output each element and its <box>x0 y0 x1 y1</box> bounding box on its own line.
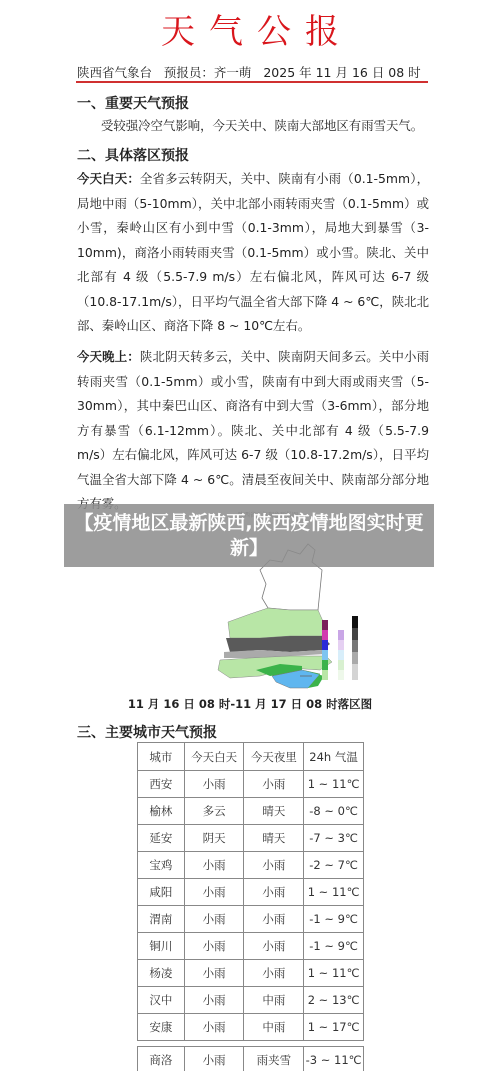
cell-day: 小雨 <box>184 1047 244 1071</box>
cell-day: 小雨 <box>184 906 244 933</box>
cell-night: 小雨 <box>244 771 304 798</box>
header-night: 今天夜里 <box>244 743 304 771</box>
cell-city: 商洛 <box>138 1047 185 1071</box>
issuer-divider <box>76 81 428 83</box>
section-heading-cities: 三、主要城市天气预报 <box>77 722 217 742</box>
cell-night: 雨夹雪 <box>244 1047 304 1071</box>
cell-temp: -7 ~ 3℃ <box>304 825 364 852</box>
night-forecast: 今天晚上：陕北阴天转多云，关中、陕南阴天间多云。关中小雨转雨夹雪（0.1-5mm… <box>77 345 429 517</box>
cell-day: 多云 <box>184 798 244 825</box>
cell-day: 小雨 <box>184 933 244 960</box>
cell-night: 小雨 <box>244 933 304 960</box>
city-forecast-table: 城市 今天白天 今天夜里 24h 气温 西安 小雨 小雨 1 ~ 11℃ 榆林 … <box>137 742 364 1071</box>
table-header-row: 城市 今天白天 今天夜里 24h 气温 <box>138 743 364 771</box>
cell-city: 铜川 <box>138 933 185 960</box>
cell-city: 榆林 <box>138 798 185 825</box>
cell-night: 晴天 <box>244 798 304 825</box>
table-row: 汉中 小雨 中雨 2 ~ 13℃ <box>138 987 364 1014</box>
headline-banner[interactable]: 【疫情地区最新陕西,陕西疫情地图实时更新】 <box>64 504 434 567</box>
cell-city: 安康 <box>138 1014 185 1041</box>
header-temp: 24h 气温 <box>304 743 364 771</box>
table-row: 商洛 小雨 雨夹雪 -3 ~ 11℃ <box>138 1047 364 1071</box>
cell-city: 汉中 <box>138 987 185 1014</box>
cell-night: 中雨 <box>244 1014 304 1041</box>
cell-temp: -1 ~ 9℃ <box>304 933 364 960</box>
cell-night: 小雨 <box>244 852 304 879</box>
document-title: 天气公报 <box>0 4 500 53</box>
header-day: 今天白天 <box>184 743 244 771</box>
cell-night: 小雨 <box>244 960 304 987</box>
night-lead: 今天晚上： <box>77 349 140 364</box>
cell-day: 小雨 <box>184 960 244 987</box>
cell-temp: 2 ~ 13℃ <box>304 987 364 1014</box>
cell-night: 晴天 <box>244 825 304 852</box>
cell-city: 西安 <box>138 771 185 798</box>
cell-temp: 1 ~ 17℃ <box>304 1014 364 1041</box>
cell-temp: 1 ~ 11℃ <box>304 879 364 906</box>
section-heading-detailed: 二、具体落区预报 <box>77 145 189 165</box>
header-city: 城市 <box>138 743 185 771</box>
cell-day: 小雨 <box>184 852 244 879</box>
cell-day: 小雨 <box>184 1014 244 1041</box>
cell-city: 咸阳 <box>138 879 185 906</box>
issuer-line: 陕西省气象台 预报员：齐一萌 2025 年 11 月 16 日 08 时 <box>77 63 421 81</box>
table-row: 宝鸡 小雨 小雨 -2 ~ 7℃ <box>138 852 364 879</box>
daytime-lead: 今天白天： <box>77 171 140 186</box>
cell-temp: 1 ~ 11℃ <box>304 960 364 987</box>
important-forecast-text: 受较强冷空气影响，今天关中、陕南大部地区有雨雪天气。 <box>77 114 429 139</box>
table-row: 杨凌 小雨 小雨 1 ~ 11℃ <box>138 960 364 987</box>
cell-city: 延安 <box>138 825 185 852</box>
cell-city: 宝鸡 <box>138 852 185 879</box>
table-row: 榆林 多云 晴天 -8 ~ 0℃ <box>138 798 364 825</box>
table-row: 咸阳 小雨 小雨 1 ~ 11℃ <box>138 879 364 906</box>
cell-day: 小雨 <box>184 879 244 906</box>
daytime-forecast: 今天白天：全省多云转阴天，关中、陕南有小雨（0.1-5mm），局地中雨（5-10… <box>77 167 429 339</box>
cell-temp: -2 ~ 7℃ <box>304 852 364 879</box>
table-row: 西安 小雨 小雨 1 ~ 11℃ <box>138 771 364 798</box>
cell-city: 杨凌 <box>138 960 185 987</box>
cell-day: 小雨 <box>184 771 244 798</box>
map-caption: 11 月 16 日 08 时-11 月 17 日 08 时落区图 <box>0 696 500 712</box>
cell-night: 小雨 <box>244 906 304 933</box>
daytime-text: 全省多云转阴天，关中、陕南有小雨（0.1-5mm），局地中雨（5-10mm），关… <box>77 171 429 333</box>
table-row: 渭南 小雨 小雨 -1 ~ 9℃ <box>138 906 364 933</box>
cell-day: 小雨 <box>184 987 244 1014</box>
table-row: 铜川 小雨 小雨 -1 ~ 9℃ <box>138 933 364 960</box>
cell-day: 阴天 <box>184 825 244 852</box>
cell-night: 小雨 <box>244 879 304 906</box>
cell-night: 中雨 <box>244 987 304 1014</box>
cell-temp: -3 ~ 11℃ <box>304 1047 364 1071</box>
cell-temp: -8 ~ 0℃ <box>304 798 364 825</box>
section-heading-important: 一、重要天气预报 <box>77 93 189 113</box>
table-row: 延安 阴天 晴天 -7 ~ 3℃ <box>138 825 364 852</box>
cell-temp: -1 ~ 9℃ <box>304 906 364 933</box>
cell-temp: 1 ~ 11℃ <box>304 771 364 798</box>
night-text: 陕北阴天转多云，关中、陕南阴天间多云。关中小雨转雨夹雪（0.1-5mm）或小雪，… <box>77 349 429 511</box>
cell-city: 渭南 <box>138 906 185 933</box>
table-row: 安康 小雨 中雨 1 ~ 17℃ <box>138 1014 364 1041</box>
